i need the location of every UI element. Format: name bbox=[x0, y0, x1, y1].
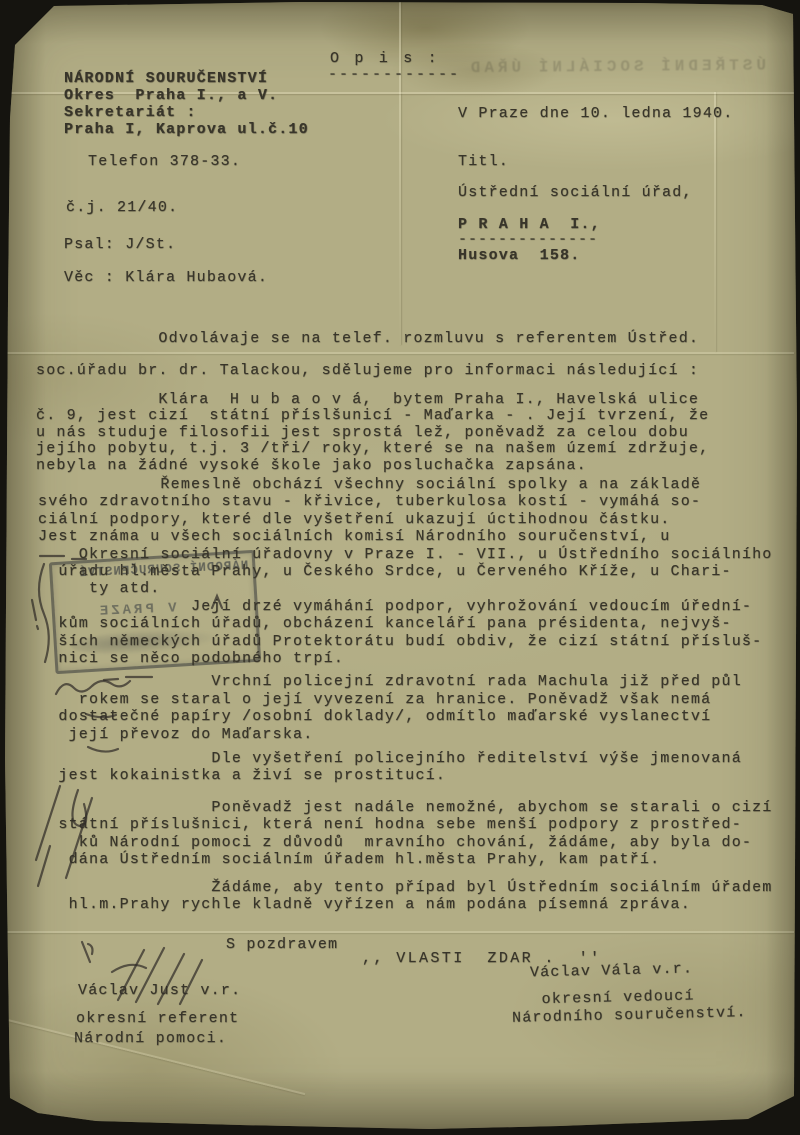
body-paragraph: Dle vyšetření policejního ředitelství vý… bbox=[38, 751, 742, 784]
paper-sheet: ÚSTŘEDNÍ SOCIÁLNÍ ÚŘAD NÁRODNÍ SOURUČENS… bbox=[0, 0, 800, 1135]
file-number: č.j. 21/40. bbox=[66, 199, 178, 216]
left-signature-title: Národní pomoci. bbox=[74, 1030, 227, 1047]
copy-label: O p i s : bbox=[330, 50, 440, 67]
body-paragraph: Vrchní policejní zdravotní rada Machula … bbox=[38, 673, 742, 743]
left-signature-title: okresní referent bbox=[76, 1010, 239, 1027]
body-paragraph: Poněvadž jest nadále nemožné, abychom se… bbox=[38, 799, 773, 869]
recipient-street: Husova 158. bbox=[458, 247, 580, 264]
recipient-name: Ústřední sociální úřad, bbox=[458, 184, 693, 201]
left-signature-name: Václav Just v.r. bbox=[78, 982, 241, 999]
paper-crease bbox=[714, 92, 716, 352]
sender-telephone: Telefon 378-33. bbox=[88, 153, 241, 170]
right-signature-name: Václav Vála v.r. bbox=[530, 960, 694, 981]
bleedthrough-stamp-text: ÚSTŘEDNÍ SOCIÁLNÍ ÚŘAD bbox=[436, 57, 766, 78]
body-paragraph: Odvolávaje se na telef. rozmluvu s refer… bbox=[36, 323, 699, 387]
recipient-salutation: Titl. bbox=[458, 153, 509, 170]
sender-letterhead: NÁRODNÍ SOURUČENSTVÍ Okres Praha I., a V… bbox=[64, 70, 309, 138]
recipient-city-underline: -------------- bbox=[458, 231, 598, 248]
paper-fold-line bbox=[6, 931, 794, 933]
scanned-letter: ÚSTŘEDNÍ SOCIÁLNÍ ÚŘAD NÁRODNÍ SOURUČENS… bbox=[0, 0, 800, 1135]
closing-salute: S pozdravem bbox=[226, 936, 338, 953]
body-paragraph: Řemeslně obchází všechny sociální spolky… bbox=[38, 476, 773, 667]
subject-line: Věc : Klára Hubaová. bbox=[64, 269, 268, 286]
body-paragraph: Klára H u b a o v á, bytem Praha I., Hav… bbox=[36, 392, 709, 474]
copy-label-underline: ------------ bbox=[328, 66, 460, 83]
place-and-date: V Praze dne 10. ledna 1940. bbox=[458, 105, 733, 122]
writer-initials: Psal: J/St. bbox=[64, 236, 176, 253]
body-paragraph: Žádáme, aby tento případ byl Ústředním s… bbox=[38, 880, 773, 913]
